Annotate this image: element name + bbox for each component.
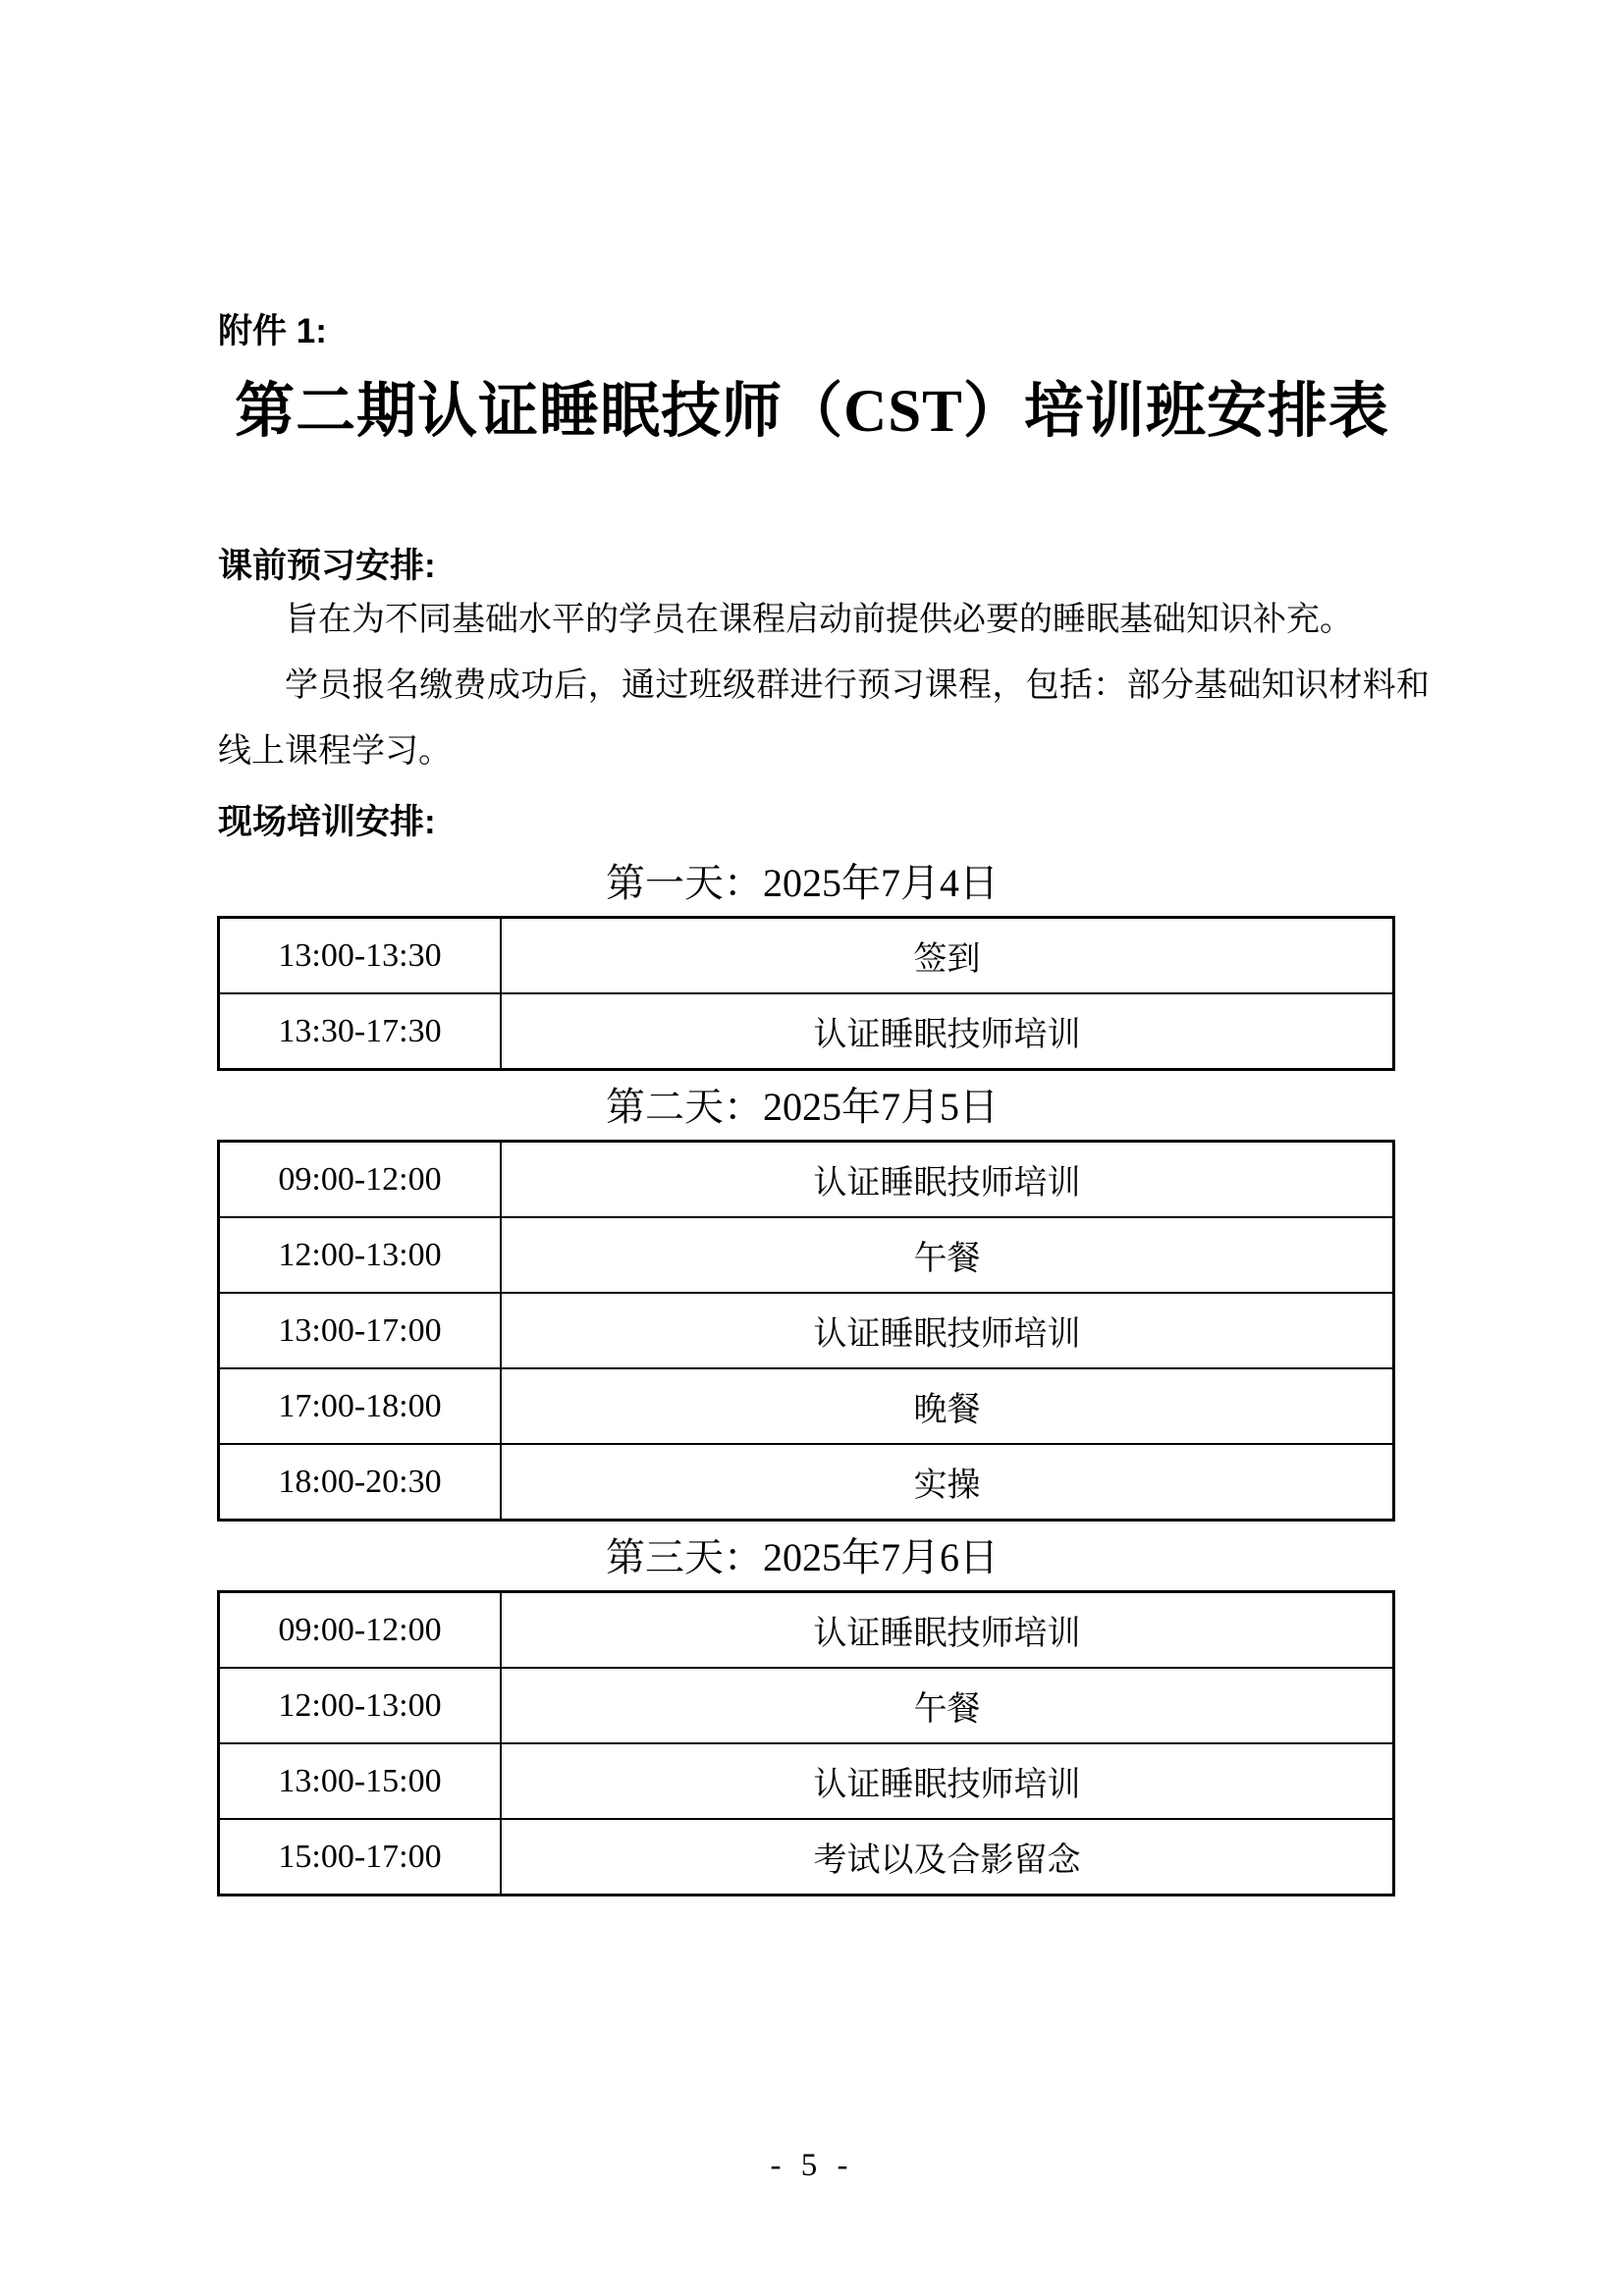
activity-cell: 认证睡眠技师培训 <box>501 1592 1394 1669</box>
day2-schedule-table: 09:00-12:00 认证睡眠技师培训 12:00-13:00 午餐 13:0… <box>217 1140 1395 1522</box>
table-row: 09:00-12:00 认证睡眠技师培训 <box>219 1592 1394 1669</box>
time-cell: 09:00-12:00 <box>219 1592 502 1669</box>
activity-cell: 实操 <box>501 1444 1394 1521</box>
activity-cell: 午餐 <box>501 1217 1394 1293</box>
table-row: 12:00-13:00 午餐 <box>219 1668 1394 1743</box>
time-cell: 13:00-15:00 <box>219 1743 502 1819</box>
preclass-paragraph-1: 旨在为不同基础水平的学员在课程启动前提供必要的睡眠基础知识补充。 <box>218 587 1430 653</box>
day1-title: 第一天：2025年7月4日 <box>217 859 1387 908</box>
document-page: 附件 1: 第二期认证睡眠技师（CST）培训班安排表 课前预习安排: 旨在为不同… <box>0 0 1624 2296</box>
day1-schedule-table: 13:00-13:30 签到 13:30-17:30 认证睡眠技师培训 <box>217 916 1395 1071</box>
attachment-label: 附件 1: <box>218 312 1624 351</box>
table-row: 13:00-13:30 签到 <box>219 918 1394 994</box>
onsite-section-heading: 现场培训安排: <box>218 802 1624 843</box>
activity-cell: 认证睡眠技师培训 <box>501 1743 1394 1819</box>
time-cell: 12:00-13:00 <box>219 1668 502 1743</box>
page-number: - 5 - <box>0 2148 1624 2184</box>
time-cell: 13:00-17:00 <box>219 1293 502 1368</box>
time-cell: 13:30-17:30 <box>219 993 502 1070</box>
activity-cell: 午餐 <box>501 1668 1394 1743</box>
page-title: 第二期认证睡眠技师（CST）培训班安排表 <box>118 377 1506 448</box>
day3-title: 第三天：2025年7月6日 <box>217 1533 1387 1582</box>
day2-title: 第二天：2025年7月5日 <box>217 1083 1387 1132</box>
preclass-paragraphs: 旨在为不同基础水平的学员在课程启动前提供必要的睡眠基础知识补充。 学员报名缴费成… <box>218 587 1430 784</box>
activity-cell: 认证睡眠技师培训 <box>501 1142 1394 1218</box>
time-cell: 15:00-17:00 <box>219 1819 502 1896</box>
table-row: 18:00-20:30 实操 <box>219 1444 1394 1521</box>
table-row: 09:00-12:00 认证睡眠技师培训 <box>219 1142 1394 1218</box>
activity-cell: 签到 <box>501 918 1394 994</box>
preclass-paragraph-2: 学员报名缴费成功后，通过班级群进行预习课程，包括：部分基础知识材料和线上课程学习… <box>218 653 1430 784</box>
table-row: 13:30-17:30 认证睡眠技师培训 <box>219 993 1394 1070</box>
preclass-section-heading: 课前预习安排: <box>218 546 1624 587</box>
activity-cell: 考试以及合影留念 <box>501 1819 1394 1896</box>
time-cell: 12:00-13:00 <box>219 1217 502 1293</box>
table-row: 17:00-18:00 晚餐 <box>219 1368 1394 1444</box>
time-cell: 09:00-12:00 <box>219 1142 502 1218</box>
schedule-area: 第一天：2025年7月4日 13:00-13:30 签到 13:30-17:30… <box>217 859 1387 1896</box>
activity-cell: 认证睡眠技师培训 <box>501 993 1394 1070</box>
time-cell: 17:00-18:00 <box>219 1368 502 1444</box>
table-row: 15:00-17:00 考试以及合影留念 <box>219 1819 1394 1896</box>
activity-cell: 晚餐 <box>501 1368 1394 1444</box>
activity-cell: 认证睡眠技师培训 <box>501 1293 1394 1368</box>
day3-schedule-table: 09:00-12:00 认证睡眠技师培训 12:00-13:00 午餐 13:0… <box>217 1590 1395 1896</box>
time-cell: 13:00-13:30 <box>219 918 502 994</box>
table-row: 13:00-15:00 认证睡眠技师培训 <box>219 1743 1394 1819</box>
table-row: 12:00-13:00 午餐 <box>219 1217 1394 1293</box>
table-row: 13:00-17:00 认证睡眠技师培训 <box>219 1293 1394 1368</box>
time-cell: 18:00-20:30 <box>219 1444 502 1521</box>
